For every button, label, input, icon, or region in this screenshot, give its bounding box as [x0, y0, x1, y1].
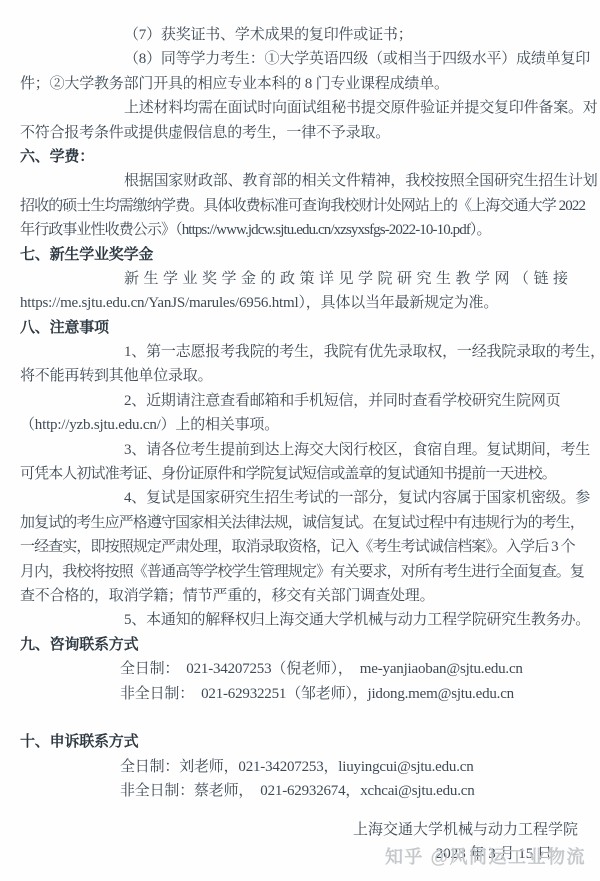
document-lines: （7）获奖证书、学术成果的复印件或证书；（8）同等学力考生：①大学英语四级（或相…	[20, 23, 578, 804]
doc-line: 2、近期请注意查看邮箱和手机短信，并同时查看学校研究生院网页	[20, 389, 578, 413]
footer-school-name: 上海交通大学机械与动力工程学院	[20, 818, 578, 842]
doc-line: 上述材料均需在面试时向面试组秘书提交原件验证并提交复印件备案。对	[20, 96, 578, 120]
section-heading: 七、新生学业奖学金	[20, 243, 578, 267]
zhihu-watermark: 知乎 @风间运工业物流	[385, 843, 586, 869]
doc-line: 非全日制： 021-62932251（邹老师），jidong.mem@sjtu.…	[20, 682, 578, 706]
doc-line: 可凭本人初试准考证、身份证原件和学院复试短信或盖章的复试通知书提前一天进校。	[20, 462, 578, 486]
doc-line: 年行政事业性收费公示》（https://www.jdcw.sjtu.edu.cn…	[20, 218, 578, 242]
doc-line: 根据国家财政部、教育部的相关文件精神，我校按照全国研究生招生计划	[20, 169, 578, 193]
doc-line: https://me.sjtu.edu.cn/YanJS/marules/695…	[20, 291, 578, 315]
doc-line: 招收的硕士生均需缴纳学费。具体收费标准可查询我校财计处网站上的《上海交通大学 2…	[20, 194, 578, 218]
doc-line: 非全日制：蔡老师， 021-62932674，xchcai@sjtu.edu.c…	[20, 779, 578, 803]
doc-line: 全日制：刘老师，021-34207253，liuyingcui@sjtu.edu…	[20, 755, 578, 779]
document-page: （7）获奖证书、学术成果的复印件或证书；（8）同等学力考生：①大学英语四级（或相…	[0, 0, 600, 881]
doc-line: 一经查实，即按照规定严肃处理，取消录取资格，记入《考生考试诚信档案》。入学后 3…	[20, 535, 578, 559]
doc-line: 4、复试是国家研究生招生考试的一部分，复试内容属于国家机密级。参	[20, 486, 578, 510]
doc-line: 月内，我校将按照《普通高等学校学生管理规定》有关要求，对所有考生进行全面复查。复	[20, 560, 578, 584]
doc-line: 加复试的考生应严格遵守国家相关法律法规，诚信复试。在复试过程中有违规行为的考生，	[20, 511, 578, 535]
doc-line: 新生学业奖学金的政策详见学院研究生教学网（链接	[20, 267, 578, 291]
doc-line: 3、请各位考生提前到达上海交大闵行校区，食宿自理。复试期间，考生	[20, 438, 578, 462]
doc-line: 查不合格的，取消学籍；情节严重的，移交有关部门调查处理。	[20, 584, 578, 608]
doc-line: 不符合报考条件或提供虚假信息的考生，一律不予录取。	[20, 121, 578, 145]
doc-line: （7）获奖证书、学术成果的复印件或证书；	[20, 23, 578, 47]
section-heading: 八、注意事项	[20, 316, 578, 340]
section-heading: 十、申诉联系方式	[20, 730, 578, 754]
doc-line: （8）同等学力考生：①大学英语四级（或相当于四级水平）成绩单复印	[20, 47, 578, 71]
section-heading: 九、咨询联系方式	[20, 633, 578, 657]
doc-line: 将不能再转到其他单位录取。	[20, 364, 578, 388]
doc-line: 5、本通知的解释权归上海交通大学机械与动力工程学院研究生教务办。	[20, 608, 578, 632]
doc-line	[20, 706, 578, 730]
doc-line: 全日制： 021-34207253（倪老师）， me-yanjiaoban@sj…	[20, 657, 578, 681]
section-heading: 六、学费：	[20, 145, 578, 169]
doc-line: （http://yzb.sjtu.edu.cn/）上的相关事项。	[20, 413, 578, 437]
doc-line: 1、第一志愿报考我院的考生，我院有优先录取权，一经我院录取的考生，	[20, 340, 578, 364]
doc-line: 件；②大学教务部门开具的相应专业本科的 8 门专业课程成绩单。	[20, 72, 578, 96]
